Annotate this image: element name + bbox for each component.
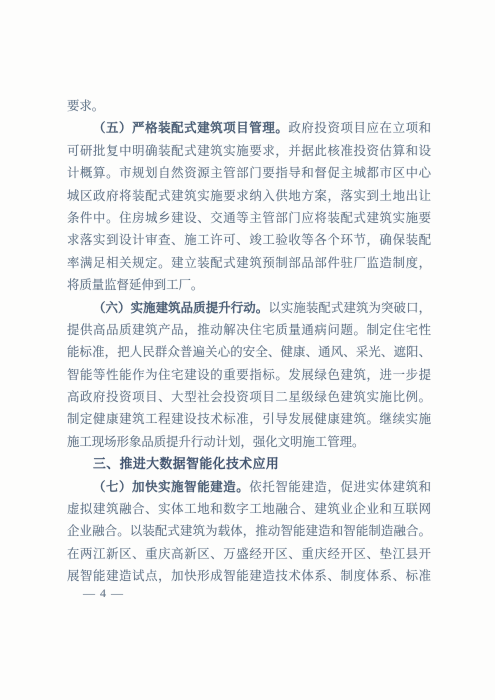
document-body: 要求。 （五）严格装配式建筑项目管理。政府投资项目应在立项和 可研批复中明确装配…: [67, 95, 431, 588]
body-text: 虚拟建筑融合、实体工地和数字工地融合、建筑业企业和互联网: [67, 502, 431, 516]
body-text: 提供高品质建筑产品，推动解决住宅质量通病问题。制定住宅性: [67, 323, 431, 337]
paragraph-start-line: （六）实施建筑品质提升行动。以实施装配式建筑为突破口，: [67, 297, 431, 319]
body-text: 在两江新区、重庆高新区、万盛经开区、重庆经开区、垫江县开: [67, 547, 431, 561]
body-text: 能标准，把人民群众普遍关心的安全、健康、通风、采光、遮阳、: [67, 345, 431, 359]
paragraph-lead-bold: （五）严格装配式建筑项目管理。: [93, 121, 288, 135]
page-number: — 4 —: [83, 585, 124, 601]
document-page: 要求。 （五）严格装配式建筑项目管理。政府投资项目应在立项和 可研批复中明确装配…: [0, 0, 495, 700]
body-text: 城区政府将装配式建筑实施要求纳入供地方案，落实到土地出让: [67, 189, 431, 203]
section-heading-text: 三、推进大数据智能化技术应用: [93, 456, 279, 471]
text-line: 要求。: [67, 95, 431, 117]
body-text: 将质量监督延伸到工厂。: [67, 278, 203, 292]
body-text: 条件中。住房城乡建设、交通等主管部门应将装配式建筑实施要: [67, 211, 431, 225]
text-line: 施工现场形象品质提升行动计划，强化文明施工管理。: [67, 431, 431, 453]
text-line: 企业融合。以装配式建筑为载体，推动智能建造和智能制造融合。: [67, 520, 431, 542]
text-line: 将质量监督延伸到工厂。: [67, 274, 431, 296]
text-line: 虚拟建筑融合、实体工地和数字工地融合、建筑业企业和互联网: [67, 498, 431, 520]
body-text: 高政府投资项目、大型社会投资项目二星级绿色建筑实施比例。: [67, 390, 431, 404]
paragraph-start-line: （七）加快实施智能建造。依托智能建造，促进实体建筑和: [67, 476, 431, 498]
text-line: 城区政府将装配式建筑实施要求纳入供地方案，落实到土地出让: [67, 185, 431, 207]
text-line: 能标准，把人民群众普遍关心的安全、健康、通风、采光、遮阳、: [67, 341, 431, 363]
body-text: 制定健康建筑工程建设技术标准，引导发展健康建筑。继续实施: [67, 412, 431, 426]
section-heading: 三、推进大数据智能化技术应用: [67, 453, 431, 475]
body-text: 政府投资项目应在立项和: [288, 121, 431, 135]
body-text: 计概算。市规划自然资源主管部门要指导和督促主城都市区中心: [67, 166, 431, 180]
body-text: 施工现场形象品质提升行动计划，强化文明施工管理。: [67, 435, 364, 449]
body-text: 智能等性能作为住宅建设的重要指标。发展绿色建筑，进一步提: [67, 368, 431, 382]
text-line: 高政府投资项目、大型社会投资项目二星级绿色建筑实施比例。: [67, 386, 431, 408]
text-line: 可研批复中明确装配式建筑实施要求，并据此核准投资估算和设: [67, 140, 431, 162]
paragraph-start-line: （五）严格装配式建筑项目管理。政府投资项目应在立项和: [67, 117, 431, 139]
text-line: 条件中。住房城乡建设、交通等主管部门应将装配式建筑实施要: [67, 207, 431, 229]
text-line: 提供高品质建筑产品，推动解决住宅质量通病问题。制定住宅性: [67, 319, 431, 341]
body-text: 求落实到设计审查、施工许可、竣工验收等各个环节，确保装配: [67, 233, 431, 247]
text-line: 求落实到设计审查、施工许可、竣工验收等各个环节，确保装配: [67, 229, 431, 251]
paragraph-lead-bold: （六）实施建筑品质提升行动。: [93, 301, 268, 315]
text-line: 率满足相关规定。建立装配式建筑预制部品部件驻厂监造制度，: [67, 252, 431, 274]
body-text: 可研批复中明确装配式建筑实施要求，并据此核准投资估算和设: [67, 144, 431, 158]
body-text: 以实施装配式建筑为突破口，: [268, 301, 431, 315]
body-text: 依托智能建造，促进实体建筑和: [249, 480, 431, 494]
paragraph-lead-bold: （七）加快实施智能建造。: [93, 480, 249, 494]
text-line: 计概算。市规划自然资源主管部门要指导和督促主城都市区中心: [67, 162, 431, 184]
body-text: 企业融合。以装配式建筑为载体，推动智能建造和智能制造融合。: [67, 524, 431, 538]
text-line: 智能等性能作为住宅建设的重要指标。发展绿色建筑，进一步提: [67, 364, 431, 386]
text-line: 制定健康建筑工程建设技术标准，引导发展健康建筑。继续实施: [67, 408, 431, 430]
text-line: 在两江新区、重庆高新区、万盛经开区、重庆经开区、垫江县开: [67, 543, 431, 565]
body-text: 要求。: [67, 99, 104, 113]
body-text: 展智能建造试点，加快形成智能建造技术体系、制度体系、标准: [67, 569, 431, 583]
body-text: 率满足相关规定。建立装配式建筑预制部品部件驻厂监造制度，: [67, 256, 431, 270]
